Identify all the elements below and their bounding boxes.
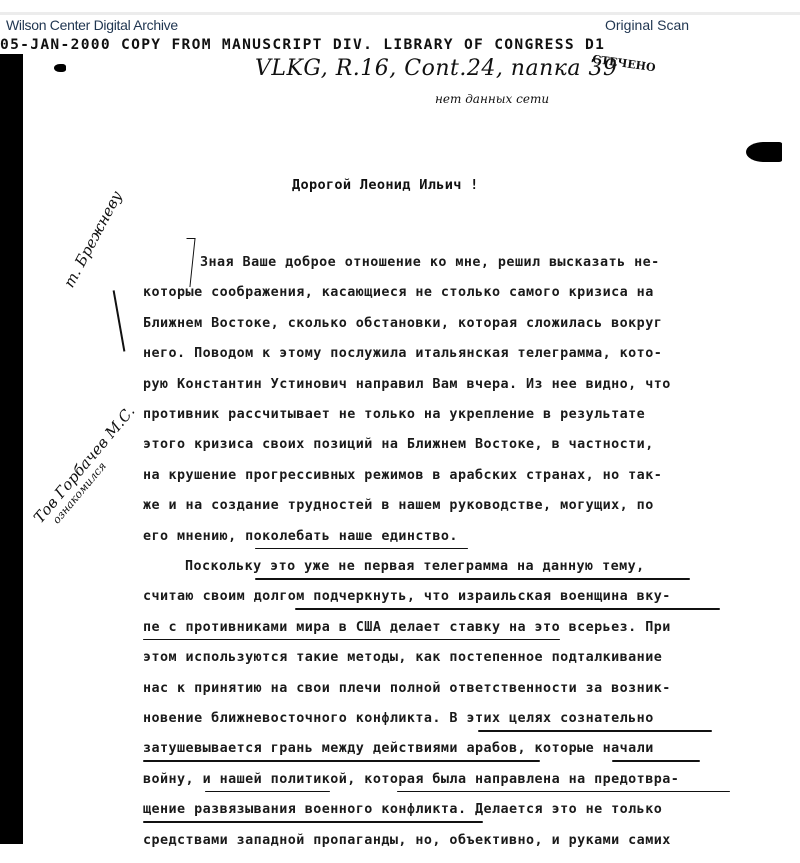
- scan-edge-black-bar: [0, 54, 23, 844]
- letter-line: Зная Ваше доброе отношение ко мне, решил…: [200, 255, 660, 270]
- viewer-top-strip: [0, 0, 800, 15]
- original-scan-label: Original Scan: [605, 17, 689, 33]
- handwritten-archive-reference: VLKG, R.16, Cont.24, папка 39: [255, 56, 618, 81]
- pen-underline: [205, 791, 330, 793]
- pen-underline: [612, 760, 700, 762]
- pen-underline: [255, 578, 690, 580]
- pen-underline: [143, 639, 560, 641]
- letter-line: противник рассчитывает не только на укре…: [143, 407, 645, 422]
- ink-blot: [54, 64, 66, 72]
- letter-line: этого кризиса своих позиций на Ближнем В…: [143, 437, 654, 452]
- letter-line: затушевывается грань между действиями ар…: [143, 741, 654, 756]
- letter-line: Ближнем Востоке, сколько обстановки, кот…: [143, 316, 662, 331]
- margin-note-gorbachev: Тов Горбачев М.С.: [30, 402, 138, 526]
- letter-line: пе с противниками мира в США делает став…: [143, 620, 671, 635]
- margin-note-brezhnev: т. Брежневу: [60, 188, 126, 290]
- pen-underline: [143, 760, 540, 762]
- handwritten-sub-note: нет данных сети: [435, 92, 549, 106]
- letter-line: этом используются такие методы, как пост…: [143, 650, 662, 665]
- letter-line: же и на создание трудностей в нашем руко…: [143, 498, 654, 513]
- letter-line: него. Поводом к этому послужила итальянс…: [143, 346, 662, 361]
- letter-line: считаю своим долгом подчеркнуть, что изр…: [143, 589, 671, 604]
- ink-blot: [746, 142, 782, 162]
- pen-underline: [478, 730, 712, 732]
- letter-line: нас к принятию на свои плечи полной отве…: [143, 681, 671, 696]
- letter-line: рую Константин Устинович направил Вам вч…: [143, 377, 671, 392]
- letter-line: его мнению, поколебать наше единство.: [143, 529, 458, 544]
- letter-line: на крушение прогрессивных режимов в араб…: [143, 468, 662, 483]
- salutation: Дорогой Леонид Ильич !: [292, 177, 479, 193]
- library-stamp-line: 05-JAN-2000 COPY FROM MANUSCRIPT DIV. LI…: [0, 36, 605, 53]
- letter-line: войну, и нашей политикой, которая была н…: [143, 772, 679, 787]
- pen-underline: [295, 608, 720, 610]
- archive-label: Wilson Center Digital Archive: [6, 17, 178, 33]
- pen-underline: [255, 548, 468, 550]
- margin-pen-stroke: [113, 290, 125, 351]
- letter-line: средствами западной пропаганды, но, объе…: [143, 833, 671, 848]
- letter-line: новение ближневосточного конфликта. В эт…: [143, 711, 654, 726]
- margin-bracket-mark: [181, 238, 195, 287]
- pen-underline: [397, 791, 730, 793]
- letter-line: которые соображения, касающиеся не столь…: [143, 285, 654, 300]
- letter-line: щение развязывания военного конфликта. Д…: [143, 802, 662, 817]
- pen-underline: [143, 821, 483, 823]
- letter-line: Поскольку это уже не первая телеграмма н…: [185, 559, 645, 574]
